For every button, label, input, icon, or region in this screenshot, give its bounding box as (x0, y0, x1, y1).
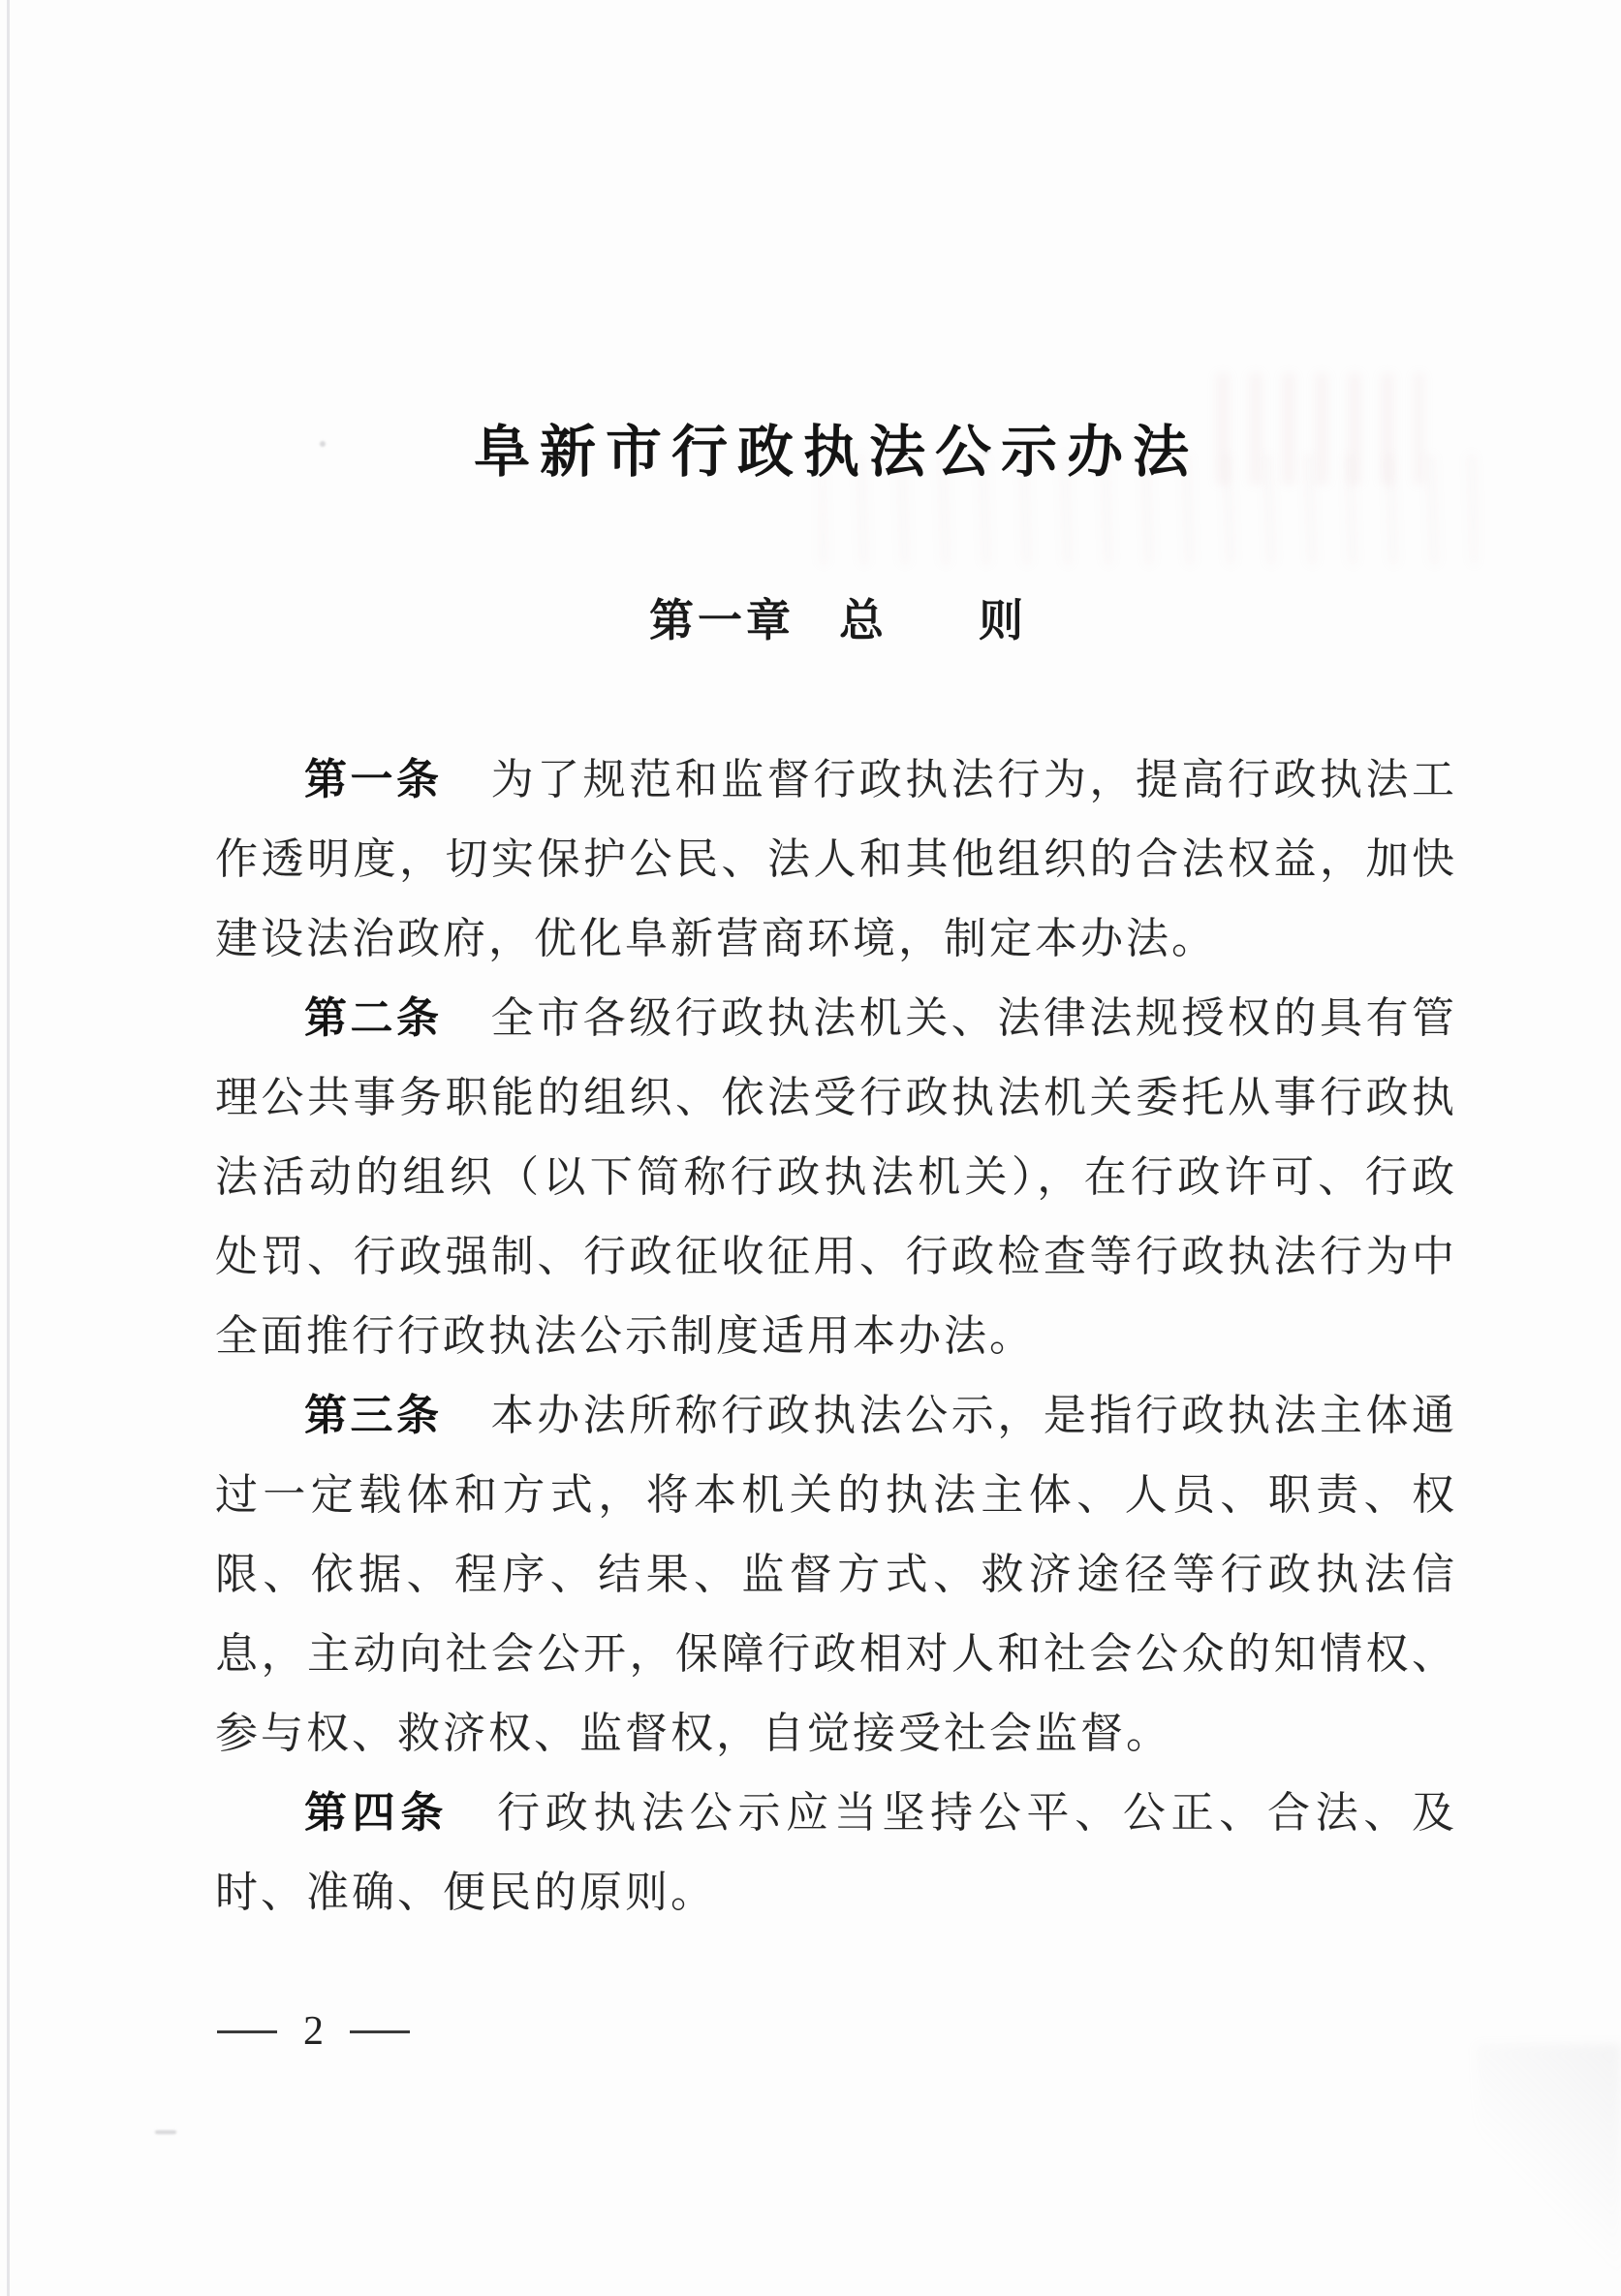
scan-speck (155, 2130, 176, 2134)
scan-edge-line (7, 0, 10, 2296)
article-label: 第二条 (304, 994, 443, 1042)
chapter-heading: 第一章 总 则 (215, 593, 1457, 647)
document-title: 阜新市行政执法公示办法 (215, 419, 1457, 487)
article-label: 第三条 (304, 1392, 443, 1439)
chapter-title-char: 则 (979, 593, 1023, 647)
article-paragraph: 第三条本办法所称行政执法公示，是指行政执法主体通过一定载体和方式，将本机关的执法… (215, 1376, 1457, 1774)
article-paragraph: 第一条为了规范和监督行政执法行为，提高行政执法工作透明度，切实保护公民、法人和其… (215, 740, 1457, 979)
scanned-document-page: 阜新市行政执法公示办法 第一章 总 则 第一条为了规范和监督行政执法行为，提高行… (0, 0, 1621, 2296)
chapter-title-char: 总 (839, 593, 884, 647)
article-label: 第一条 (304, 756, 443, 803)
article-label: 第四条 (304, 1789, 449, 1837)
article-text: 本办法所称行政执法公示，是指行政执法主体通过一定载体和方式，将本机关的执法主体、… (215, 1392, 1457, 1757)
document-body: 第一条为了规范和监督行政执法行为，提高行政执法工作透明度，切实保护公民、法人和其… (215, 740, 1457, 1933)
page-footer: 2 (217, 2004, 410, 2059)
article-text: 全市各级行政执法机关、法律法规授权的具有管理公共事务职能的组织、依法受行政执法机… (215, 994, 1457, 1360)
article-paragraph: 第四条行政执法公示应当坚持公平、公正、合法、及时、准确、便民的原则。 (215, 1774, 1457, 1933)
page-number: 2 (303, 2004, 324, 2059)
footer-dash-right (350, 2030, 410, 2033)
scan-corner-shadow (1476, 2044, 1621, 2296)
footer-dash-left (217, 2030, 277, 2033)
chapter-number: 第一章 (649, 593, 795, 647)
article-paragraph: 第二条全市各级行政执法机关、法律法规授权的具有管理公共事务职能的组织、依法受行政… (215, 979, 1457, 1376)
